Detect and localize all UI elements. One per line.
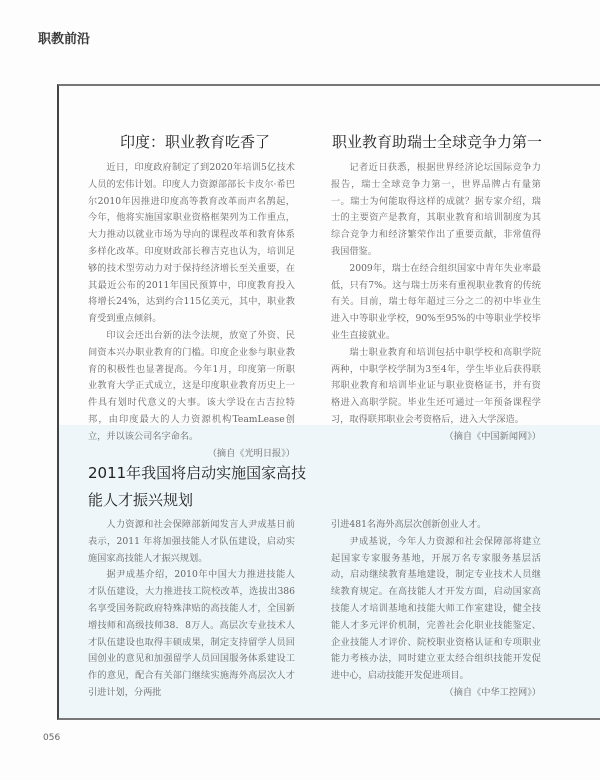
china-paragraph-continued: 引进481名海外高层次创新创业人才。 [331, 517, 541, 534]
page-number: 056 [43, 733, 60, 743]
india-paragraph: 近日，印度政府制定了到2020年培训5亿技术人员的宏伟计划。印度人力资源部部长卡… [88, 160, 295, 328]
china-article-body-left: 人力资源和社会保障部新闻发言人尹成基日前表示，2011 年将加强技能人才队伍建设… [88, 517, 295, 702]
swiss-article-title: 职业教育助瑞士全球竞争力第一 [332, 131, 542, 152]
swiss-article-body: 记者近日获悉，根据世界经济论坛国际竞争力报告，瑞士全球竞争力第一，世界品牌占有量… [331, 160, 541, 446]
china-article-body-right: 引进481名海外高层次创新创业人才。 尹成基说，今年人力资源和社会保障部将建立起… [331, 517, 541, 702]
china-source: （摘自《中华工控网》） [331, 685, 541, 702]
india-article-title: 印度：职业教育吃香了 [120, 131, 270, 152]
swiss-paragraph: 瑞士职业教育和培训包括中职学校和高职学院两种，中职学校学制为3至4年，学生毕业后… [331, 345, 541, 429]
china-paragraph: 尹成基说，今年人力资源和社会保障部将建立起国家专家服务基地，开展万名专家服务基层… [331, 534, 541, 685]
india-paragraph: 印议会还出台新的法令法规，放宽了外资、民间资本兴办职业教育的门槛。印度企业参与职… [88, 328, 295, 446]
india-article-body: 近日，印度政府制定了到2020年培训5亿技术人员的宏伟计划。印度人力资源部部长卡… [88, 160, 295, 462]
swiss-paragraph: 记者近日获悉，根据世界经济论坛国际竞争力报告，瑞士全球竞争力第一，世界品牌占有量… [331, 160, 541, 261]
china-paragraph: 人力资源和社会保障部新闻发言人尹成基日前表示，2011 年将加强技能人才队伍建设… [88, 517, 295, 567]
china-article-title: 2011年我国将启动实施国家高技能人才振兴规划 [88, 460, 318, 514]
section-header: 职教前沿 [38, 28, 90, 47]
swiss-paragraph: 2009年，瑞士在经合组织国家中青年失业率最低，只有7%。这与瑞士历来有重视职业… [331, 261, 541, 345]
swiss-source: （摘自《中国新闻网》） [331, 429, 541, 446]
china-paragraph: 据尹成基介绍，2010年中国大力推进技能人才队伍建设，大力推进技工院校改革，选拔… [88, 567, 295, 701]
